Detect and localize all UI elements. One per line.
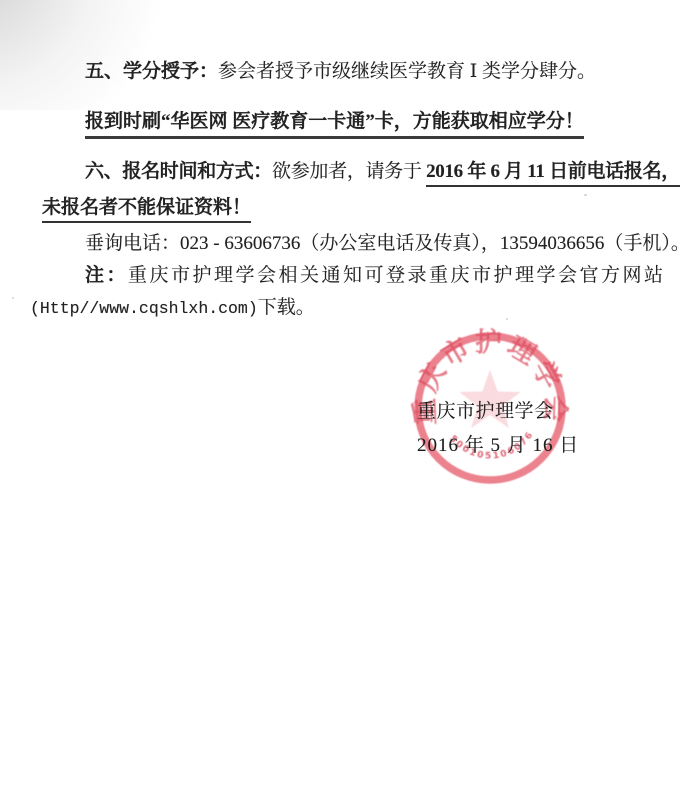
section5-heading: 五、学分授予： [85, 61, 218, 82]
signature-organization: 重庆市护理学会 [417, 396, 554, 423]
scanned-notice-page: 五、学分授予：参会者授予市级继续医学教育 Ⅰ 类学分肆分。 报到时刷“华医网 医… [0, 0, 700, 786]
card-swipe-note: 报到时刷“华医网 医疗教育一卡通”卡，方能获取相应学分！ [85, 111, 584, 139]
section5-credit-line: 五、学分授予：参会者授予市级继续医学教育 Ⅰ 类学分肆分。 [85, 60, 596, 83]
website-suffix: 下载。 [258, 297, 315, 318]
contact-phone-line: 垂询电话：023 - 63606736（办公室电话及传真），1359403665… [85, 232, 690, 255]
note-line: 注：重庆市护理学会相关通知可登录重庆市护理学会官方网站 [85, 264, 666, 287]
note-text: 重庆市护理学会相关通知可登录重庆市护理学会官方网站 [128, 265, 666, 286]
section6-text: 欲参加者，请务于 [272, 161, 426, 182]
scan-speck [12, 297, 14, 299]
section6-registration-line: 六、报名时间和方式：欲参加者，请务于 2016 年 6 月 11 日前电话报名， [85, 160, 680, 183]
section5-card-note-line: 报到时刷“华医网 医疗教育一卡通”卡，方能获取相应学分！ [85, 110, 584, 133]
scan-shadow-artifact [0, 0, 200, 110]
signature-date: 2016 年 5 月 16 日 [417, 430, 579, 457]
scan-speck [506, 318, 508, 320]
note-heading: 注： [85, 265, 128, 286]
website-url: (Http//www.cqshlxh.com) [30, 299, 258, 318]
registration-deadline: 2016 年 6 月 11 日前电话报名， [426, 161, 680, 187]
section5-text: 参会者授予市级继续医学教育 Ⅰ 类学分肆分。 [218, 61, 596, 82]
website-line: (Http//www.cqshlxh.com)下载。 [30, 296, 315, 320]
scan-speck [584, 194, 587, 196]
section6-heading: 六、报名时间和方式： [85, 161, 272, 182]
registration-warning: 未报名者不能保证资料！ [42, 197, 251, 223]
phone-numbers: 垂询电话：023 - 63606736（办公室电话及传真），1359403665… [85, 233, 690, 254]
registration-warning-line: 未报名者不能保证资料！ [42, 196, 251, 219]
